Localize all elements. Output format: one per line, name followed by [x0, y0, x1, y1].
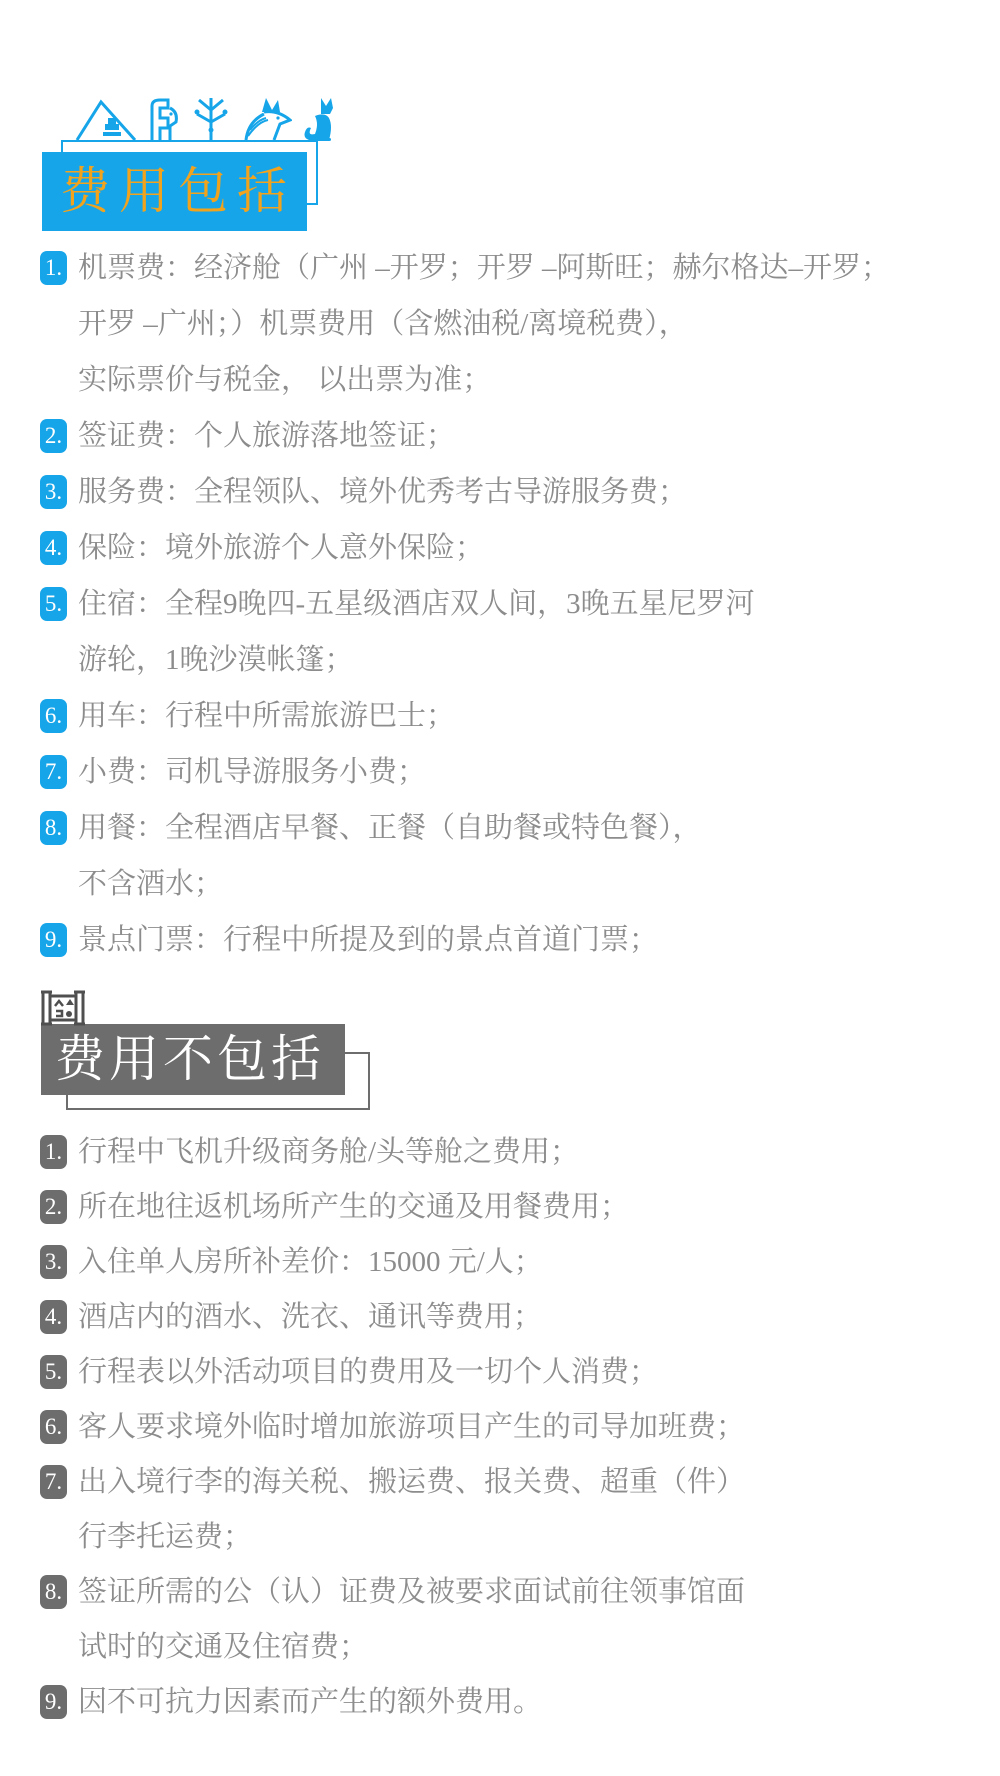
included-section-title: 费用包括	[42, 152, 307, 231]
item-number-badge: 7.	[40, 755, 67, 789]
included-fees-list: 1. 机票费：经济舱（广州 –开罗；开罗 –阿斯旺；赫尔格达–开罗； 开罗 –广…	[40, 240, 940, 968]
item-number-badge: 4.	[40, 1300, 67, 1334]
list-item: 6. 客人要求境外临时增加旅游项目产生的司导加班费；	[40, 1400, 940, 1455]
item-text: 保险：境外旅游个人意外保险；	[78, 520, 484, 576]
list-item: 1. 行程中飞机升级商务舱/头等舱之费用；	[40, 1125, 940, 1180]
item-number-badge: 2.	[40, 419, 67, 453]
item-text: 行程表以外活动项目的费用及一切个人消费；	[78, 1345, 658, 1400]
travel-fees-page: 费用包括 1. 机票费：经济舱（广州 –开罗；开罗 –阿斯旺；赫尔格达–开罗； …	[0, 0, 1000, 1776]
item-text: 所在地往返机场所产生的交通及用餐费用；	[78, 1180, 629, 1235]
list-item: 3. 服务费：全程领队、境外优秀考古导游服务费；	[40, 464, 940, 520]
list-item: 2. 所在地往返机场所产生的交通及用餐费用；	[40, 1180, 940, 1235]
pharaoh-head-icon	[146, 96, 182, 142]
list-item: 5. 行程表以外活动项目的费用及一切个人消费；	[40, 1345, 940, 1400]
item-number-badge: 8.	[40, 1575, 67, 1609]
egyptian-cat-icon	[301, 96, 335, 142]
item-text: 因不可抗力因素而产生的额外费用。	[78, 1675, 542, 1730]
item-text: 客人要求境外临时增加旅游项目产生的司导加班费；	[78, 1400, 745, 1455]
list-item: 9. 因不可抗力因素而产生的额外费用。	[40, 1675, 940, 1730]
list-item: 6. 用车：行程中所需旅游巴士；	[40, 688, 940, 744]
item-text: 用车：行程中所需旅游巴士；	[78, 688, 455, 744]
list-item: 1. 机票费：经济舱（广州 –开罗；开罗 –阿斯旺；赫尔格达–开罗； 开罗 –广…	[40, 240, 940, 408]
item-number-badge: 5.	[40, 587, 67, 621]
item-text: 用餐：全程酒店早餐、正餐（自助餐或特色餐）， 不含酒水；	[78, 800, 702, 912]
item-text: 入住单人房所补差价：15000 元/人；	[78, 1235, 543, 1290]
item-number-badge: 9.	[40, 923, 67, 957]
item-text: 住宿：全程9晚四-五星级酒店双人间，3晚五星尼罗河 游轮，1晚沙漠帐篷；	[78, 576, 755, 688]
item-text: 小费：司机导游服务小费；	[78, 744, 426, 800]
lotus-flower-icon	[191, 96, 231, 142]
anubis-icon	[240, 96, 292, 142]
list-item: 3. 入住单人房所补差价：15000 元/人；	[40, 1235, 940, 1290]
pyramid-sphinx-icon	[75, 98, 137, 142]
item-text: 景点门票：行程中所提及到的景点首道门票；	[78, 912, 658, 968]
item-number-badge: 2.	[40, 1190, 67, 1224]
item-number-badge: 6.	[40, 1410, 67, 1444]
list-item: 8. 用餐：全程酒店早餐、正餐（自助餐或特色餐）， 不含酒水；	[40, 800, 940, 912]
list-item: 5. 住宿：全程9晚四-五星级酒店双人间，3晚五星尼罗河 游轮，1晚沙漠帐篷；	[40, 576, 940, 688]
papyrus-scroll-icon	[40, 986, 86, 1035]
item-number-badge: 5.	[40, 1355, 67, 1389]
item-number-badge: 3.	[40, 1245, 67, 1279]
excluded-section-title: 费用不包括	[41, 1024, 345, 1095]
list-item: 9. 景点门票：行程中所提及到的景点首道门票；	[40, 912, 940, 968]
item-number-badge: 1.	[40, 251, 67, 285]
item-number-badge: 3.	[40, 475, 67, 509]
excluded-fees-list: 1. 行程中飞机升级商务舱/头等舱之费用； 2. 所在地往返机场所产生的交通及用…	[40, 1125, 940, 1730]
item-text: 签证所需的公（认）证费及被要求面试前往领事馆面 试时的交通及住宿费；	[78, 1565, 745, 1675]
item-number-badge: 9.	[40, 1685, 67, 1719]
list-item: 7. 出入境行李的海关税、搬运费、报关费、超重（件） 行李托运费；	[40, 1455, 940, 1565]
item-text: 酒店内的酒水、洗衣、通讯等费用；	[78, 1290, 542, 1345]
list-item: 4. 酒店内的酒水、洗衣、通讯等费用；	[40, 1290, 940, 1345]
item-text: 服务费：全程领队、境外优秀考古导游服务费；	[78, 464, 687, 520]
item-text: 机票费：经济舱（广州 –开罗；开罗 –阿斯旺；赫尔格达–开罗； 开罗 –广州；）…	[78, 240, 890, 408]
list-item: 2. 签证费：个人旅游落地签证；	[40, 408, 940, 464]
list-item: 4. 保险：境外旅游个人意外保险；	[40, 520, 940, 576]
item-number-badge: 6.	[40, 699, 67, 733]
item-number-badge: 1.	[40, 1135, 67, 1169]
list-item: 8. 签证所需的公（认）证费及被要求面试前往领事馆面 试时的交通及住宿费；	[40, 1565, 940, 1675]
item-text: 出入境行李的海关税、搬运费、报关费、超重（件） 行李托运费；	[78, 1455, 745, 1565]
egyptian-icons-row	[75, 96, 285, 142]
item-number-badge: 4.	[40, 531, 67, 565]
item-number-badge: 8.	[40, 811, 67, 845]
list-item: 7. 小费：司机导游服务小费；	[40, 744, 940, 800]
item-text: 行程中飞机升级商务舱/头等舱之费用；	[78, 1125, 579, 1180]
item-number-badge: 7.	[40, 1465, 67, 1499]
item-text: 签证费：个人旅游落地签证；	[78, 408, 455, 464]
